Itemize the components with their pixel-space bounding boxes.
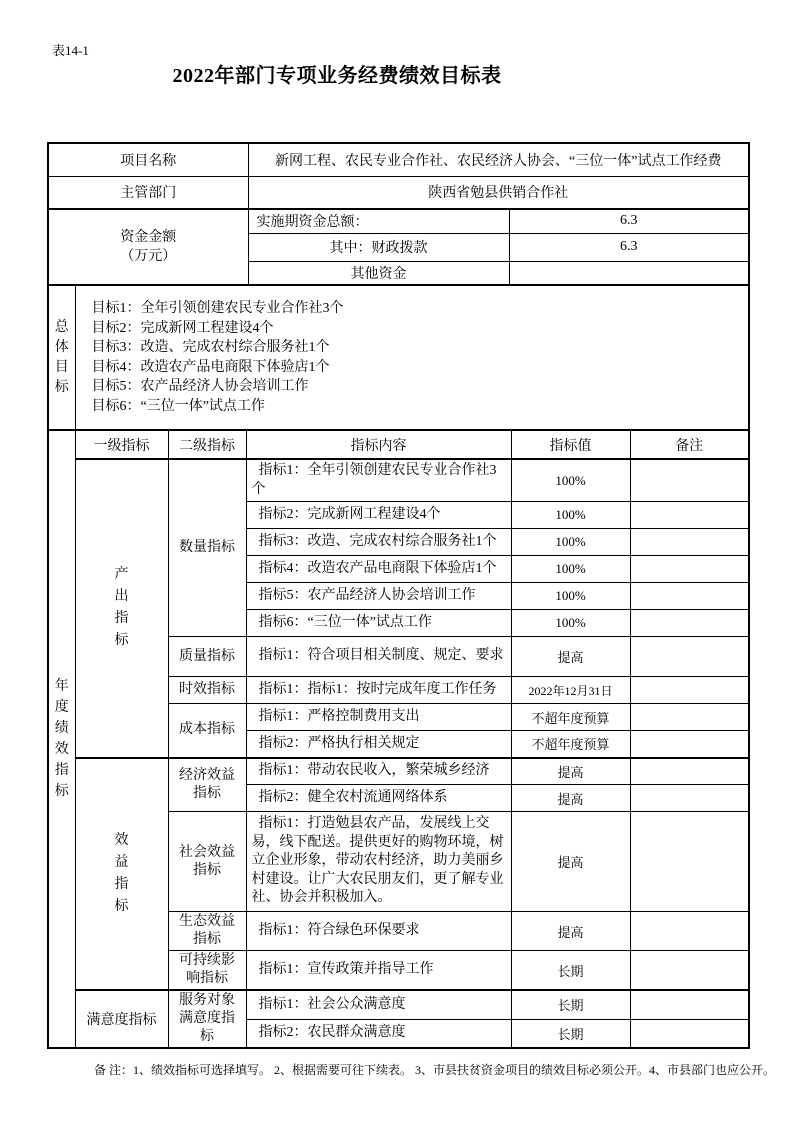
remark-cell — [630, 459, 749, 502]
project-info-table: 项目名称 新网工程、农民专业合作社、农民经济人协会、“三位一体”试点工作经费 主… — [47, 142, 750, 286]
indicator-content: 指标1：严格控制费用支出 — [246, 704, 511, 731]
indicator-content: 指标6：“三位一体”试点工作 — [246, 610, 511, 637]
page-title: 2022年部门专项业务经费绩效目标表 — [47, 59, 627, 88]
level2-sustainability: 可持续影响指标 — [168, 951, 246, 991]
remark-cell — [630, 731, 749, 758]
department-label: 主管部门 — [48, 176, 248, 209]
indicators-header-row: 年度绩效指标 一级指标 二级指标 指标内容 指标值 备注 — [48, 430, 749, 459]
level1-output-text: 产出指标 — [114, 564, 129, 652]
indicator-content: 指标2：完成新网工程建设4个 — [246, 502, 511, 529]
indicator-row: 产出指标 数量指标 指标1：全年引领创建农民专业合作社3个 100% — [48, 459, 749, 502]
indicator-value: 100% — [511, 610, 630, 637]
project-name-row: 项目名称 新网工程、农民专业合作社、农民经济人协会、“三位一体”试点工作经费 — [48, 143, 749, 176]
level2-economic-benefit: 经济效益指标 — [168, 758, 246, 812]
footnote: 备 注：1、绩效指标可选择填写。 2、根据需要可往下续表。 3、市县扶贫资金项目… — [94, 1061, 793, 1078]
remark-cell — [630, 704, 749, 731]
indicator-value: 不超年度预算 — [511, 704, 630, 731]
indicator-value: 长期 — [511, 1019, 630, 1048]
indicator-content: 指标1：全年引领创建农民专业合作社3个 — [246, 459, 511, 502]
indicator-value: 提高 — [511, 758, 630, 785]
level2-service-target-satisfaction: 服务对象满意度指标 — [168, 990, 246, 1048]
indicator-value: 提高 — [511, 637, 630, 677]
overall-goals-row: 总体目标 目标1：全年引领创建农民专业合作社3个 目标2：完成新网工程建设4个 … — [48, 285, 749, 430]
indicator-content: 指标3：改造、完成农村综合服务社1个 — [246, 529, 511, 556]
overall-goals-label: 总体目标 — [48, 285, 75, 430]
fund-fiscal-value: 6.3 — [509, 233, 749, 261]
goal-line: 目标5：农产品经济人协会培训工作 — [92, 377, 739, 397]
project-name-value: 新网工程、农民专业合作社、农民经济人协会、“三位一体”试点工作经费 — [248, 143, 749, 176]
indicator-value: 提高 — [511, 785, 630, 812]
indicator-value: 100% — [511, 583, 630, 610]
remark-cell — [630, 990, 749, 1019]
fund-other-value — [509, 261, 749, 285]
indicators-table: 年度绩效指标 一级指标 二级指标 指标内容 指标值 备注 产出指标 数量指标 指… — [47, 429, 750, 1049]
remark-cell — [630, 610, 749, 637]
indicator-value: 100% — [511, 502, 630, 529]
indicator-content: 指标1：符合绿色环保要求 — [246, 912, 511, 951]
level2-ecological-benefit: 生态效益指标 — [168, 912, 246, 951]
level2-cost: 成本指标 — [168, 704, 246, 758]
indicator-value: 长期 — [511, 990, 630, 1019]
table-code: 表14-1 — [52, 40, 89, 59]
goal-line: 目标3：改造、完成农村综合服务社1个 — [92, 338, 739, 358]
indicator-value: 2022年12月31日 — [511, 677, 630, 704]
indicator-value: 提高 — [511, 812, 630, 912]
fund-amount-label: 资金金额 （万元） — [48, 209, 248, 285]
level2-timeliness: 时效指标 — [168, 677, 246, 704]
goal-line: 目标6：“三位一体”试点工作 — [92, 397, 739, 417]
remark-cell — [630, 785, 749, 812]
remark-cell — [630, 637, 749, 677]
level2-quantity: 数量指标 — [168, 459, 246, 637]
overall-goals-label-text: 总体目标 — [54, 318, 69, 398]
department-value: 陕西省勉县供销合作社 — [248, 176, 749, 209]
indicator-value: 100% — [511, 556, 630, 583]
indicator-content: 指标4：改造农产品电商限下体验店1个 — [246, 556, 511, 583]
indicator-row: 效益指标 经济效益指标 指标1：带动农民收入，繁荣城乡经济 提高 — [48, 758, 749, 785]
remark-cell — [630, 502, 749, 529]
annual-performance-side-label-text: 年度绩效指标 — [54, 676, 69, 802]
level2-social-benefit: 社会效益指标 — [168, 812, 246, 912]
indicator-content: 指标1：宣传政策并指导工作 — [246, 951, 511, 991]
department-row: 主管部门 陕西省勉县供销合作社 — [48, 176, 749, 209]
indicator-value: 100% — [511, 459, 630, 502]
goal-line: 目标2：完成新网工程建设4个 — [92, 319, 739, 339]
overall-goals-table: 总体目标 目标1：全年引领创建农民专业合作社3个 目标2：完成新网工程建设4个 … — [47, 284, 750, 431]
indicator-value: 长期 — [511, 951, 630, 991]
remark-cell — [630, 758, 749, 785]
document-page: 表14-1 2022年部门专项业务经费绩效目标表 项目名称 新网工程、农民专业合… — [0, 0, 793, 1122]
remark-cell — [630, 556, 749, 583]
overall-goals-content: 目标1：全年引领创建农民专业合作社3个 目标2：完成新网工程建设4个 目标3：改… — [75, 285, 749, 430]
indicator-value: 100% — [511, 529, 630, 556]
header-value: 指标值 — [511, 430, 630, 459]
level1-benefit-text: 效益指标 — [114, 830, 129, 918]
goal-line: 目标4：改造农产品电商限下体验店1个 — [92, 358, 739, 378]
indicator-content: 指标1：带动农民收入，繁荣城乡经济 — [246, 758, 511, 785]
indicator-content: 指标5：农产品经济人协会培训工作 — [246, 583, 511, 610]
indicator-value: 不超年度预算 — [511, 731, 630, 758]
indicator-content: 指标1：指标1：按时完成年度工作任务 — [246, 677, 511, 704]
header-level2: 二级指标 — [168, 430, 246, 459]
indicator-content: 指标1：社会公众满意度 — [246, 990, 511, 1019]
remark-cell — [630, 912, 749, 951]
indicator-content: 指标2：健全农村流通网络体系 — [246, 785, 511, 812]
header-content: 指标内容 — [246, 430, 511, 459]
indicator-content: 指标1：打造勉县农产品，发展线上交易，线下配送。提供更好的购物环境，树立企业形象… — [246, 812, 511, 912]
remark-cell — [630, 951, 749, 991]
level1-benefit: 效益指标 — [75, 758, 168, 991]
remark-cell — [630, 583, 749, 610]
indicator-content: 指标2：严格执行相关规定 — [246, 731, 511, 758]
remark-cell — [630, 677, 749, 704]
remark-cell — [630, 812, 749, 912]
level1-output: 产出指标 — [75, 459, 168, 758]
indicator-value: 提高 — [511, 912, 630, 951]
tables-container: 项目名称 新网工程、农民专业合作社、农民经济人协会、“三位一体”试点工作经费 主… — [47, 142, 748, 1078]
indicator-content: 指标2：农民群众满意度 — [246, 1019, 511, 1048]
header-remark: 备注 — [630, 430, 749, 459]
fund-total-value: 6.3 — [509, 209, 749, 233]
header-level1: 一级指标 — [75, 430, 168, 459]
level1-satisfaction: 满意度指标 — [75, 990, 168, 1048]
level2-quality: 质量指标 — [168, 637, 246, 677]
annual-performance-side-label: 年度绩效指标 — [48, 430, 75, 1048]
fund-total-label: 实施期资金总额： — [248, 209, 509, 233]
remark-cell — [630, 1019, 749, 1048]
goal-line: 目标1：全年引领创建农民专业合作社3个 — [92, 299, 739, 319]
fund-other-label: 其他资金 — [248, 261, 509, 285]
remark-cell — [630, 529, 749, 556]
indicator-content: 指标1：符合项目相关制度、规定、要求 — [246, 637, 511, 677]
indicator-row: 满意度指标 服务对象满意度指标 指标1：社会公众满意度 长期 — [48, 990, 749, 1019]
fund-total-row: 资金金额 （万元） 实施期资金总额： 6.3 — [48, 209, 749, 233]
project-name-label: 项目名称 — [48, 143, 248, 176]
fund-fiscal-label: 其中：财政拨款 — [248, 233, 509, 261]
